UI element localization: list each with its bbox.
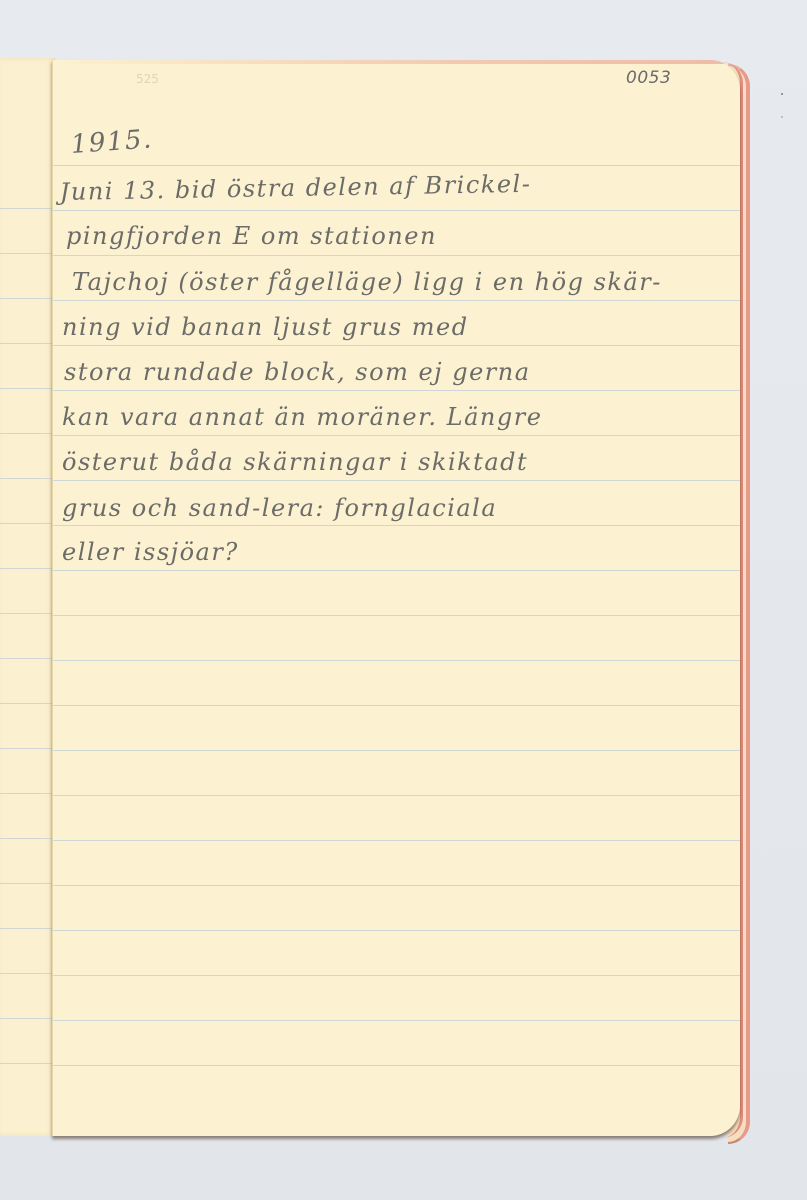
entry-line-6: kan vara annat än moräner. Längre — [62, 403, 542, 431]
page-number: 0053 — [626, 68, 671, 88]
left-rule-line — [0, 658, 54, 659]
faint-pencil-mark: 525 — [136, 72, 159, 86]
left-rule-line — [0, 1063, 54, 1064]
rule-line — [52, 705, 740, 706]
left-rule-line — [0, 928, 54, 929]
entry-line-2: pingfjorden E om stationen — [66, 222, 437, 250]
rule-line — [52, 435, 740, 436]
rule-line — [52, 795, 740, 796]
left-rule-line — [0, 838, 54, 839]
left-rule-line — [0, 478, 54, 479]
rule-line — [52, 570, 740, 571]
rule-line — [52, 300, 740, 301]
rule-line — [52, 480, 740, 481]
rule-line — [52, 390, 740, 391]
rule-line — [52, 930, 740, 931]
entry-year: 1915. — [70, 124, 154, 160]
rule-line — [52, 345, 740, 346]
left-rule-line — [0, 253, 54, 254]
entry-line-3: Tajchoj (öster fågelläge) ligg i en hög … — [72, 268, 662, 296]
left-rule-line — [0, 208, 54, 209]
entry-line-4: ning vid banan ljust grus med — [62, 313, 469, 341]
left-rule-line — [0, 298, 54, 299]
left-rule-line — [0, 523, 54, 524]
entry-line-8: grus och sand-lera: fornglaciala — [62, 494, 497, 522]
rule-line — [52, 165, 740, 166]
scan-speck — [781, 93, 783, 95]
previous-page-strip — [0, 58, 55, 1136]
left-rule-line — [0, 433, 54, 434]
scan-speck — [781, 116, 783, 118]
left-rule-line — [0, 793, 54, 794]
left-rule-line — [0, 343, 54, 344]
entry-line-9: eller issjöar? — [62, 538, 239, 566]
entry-line-7: österut båda skärningar i skiktadt — [62, 448, 528, 476]
left-rule-line — [0, 748, 54, 749]
rule-line — [52, 750, 740, 751]
rule-line — [52, 885, 740, 886]
left-rule-line — [0, 703, 54, 704]
rule-line — [52, 1020, 740, 1021]
left-rule-line — [0, 1018, 54, 1019]
rule-line — [52, 525, 740, 526]
rule-line — [52, 255, 740, 256]
rule-line — [52, 1065, 740, 1066]
page-top-edge — [52, 60, 740, 64]
left-rule-line — [0, 613, 54, 614]
notebook-page: 525 0053 1915. Juni 13. bid östra delen … — [52, 60, 740, 1136]
rule-line — [52, 210, 740, 211]
entry-line-5: stora rundade block, som ej gerna — [64, 358, 531, 386]
rule-line — [52, 840, 740, 841]
rule-line — [52, 660, 740, 661]
left-rule-line — [0, 973, 54, 974]
entry-line-1: Juni 13. bid östra delen af Brickel- — [60, 170, 532, 206]
left-rule-line — [0, 568, 54, 569]
left-rule-line — [0, 388, 54, 389]
left-rule-line — [0, 883, 54, 884]
rule-line — [52, 615, 740, 616]
rule-line — [52, 975, 740, 976]
